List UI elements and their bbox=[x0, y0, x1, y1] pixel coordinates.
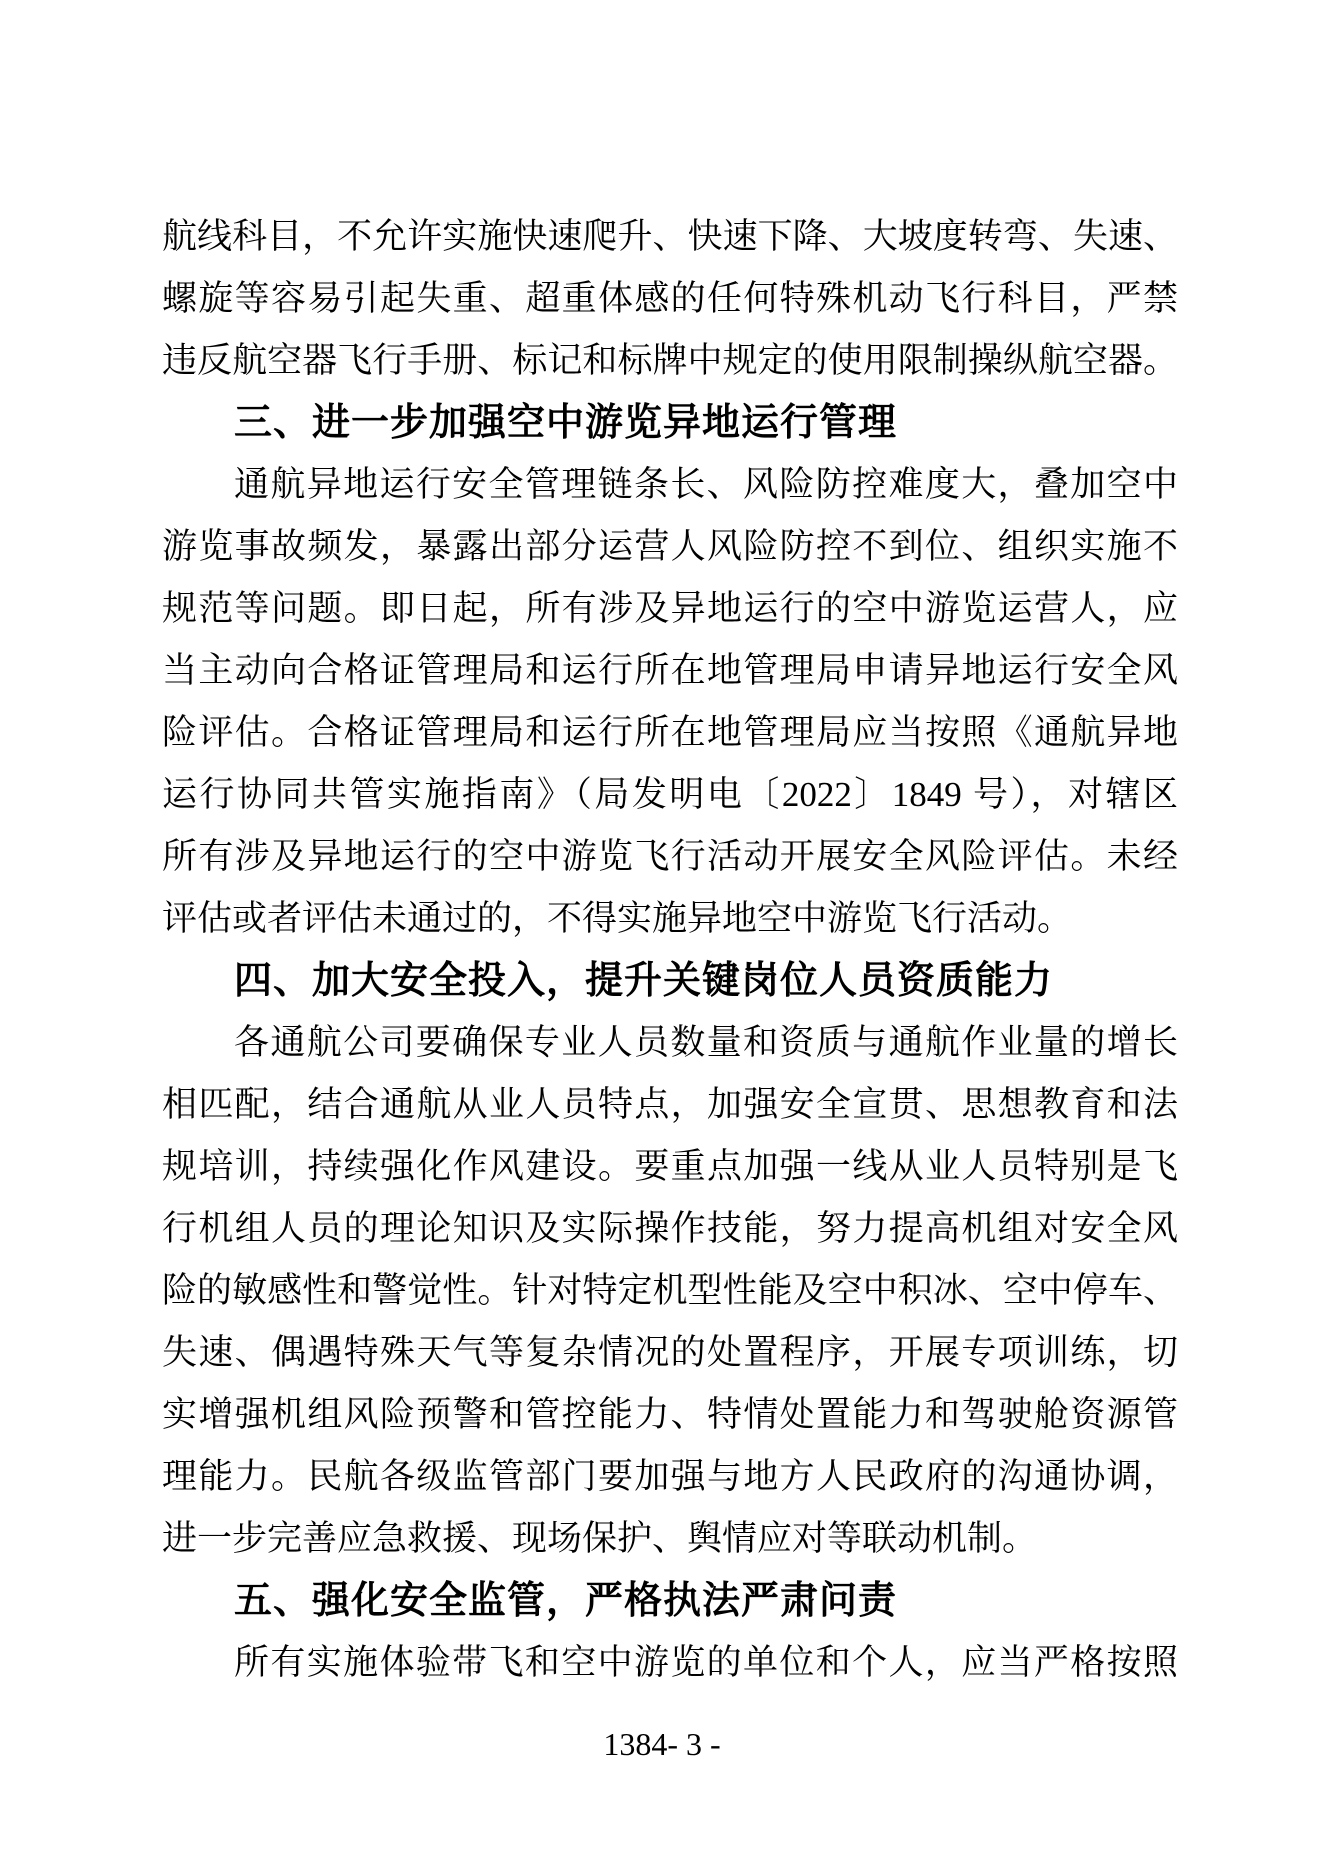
text-line: 游览事故频发，暴露出部分运营人风险防控不到位、组织实施不 bbox=[162, 516, 1178, 578]
text-line: 所有实施体验带飞和空中游览的单位和个人，应当严格按照 bbox=[162, 1632, 1178, 1694]
text-line: 违反航空器飞行手册、标记和标牌中规定的使用限制操纵航空器。 bbox=[162, 330, 1178, 392]
text-line: 螺旋等容易引起失重、超重体感的任何特殊机动飞行科目，严禁 bbox=[162, 268, 1178, 330]
section-heading-3: 三、进一步加强空中游览异地运行管理 bbox=[162, 392, 1178, 454]
text-line: 险的敏感性和警觉性。针对特定机型性能及空中积冰、空中停车、 bbox=[162, 1260, 1178, 1322]
section-heading-5: 五、强化安全监管，严格执法严肃问责 bbox=[162, 1570, 1178, 1632]
text-line: 航线科目，不允许实施快速爬升、快速下降、大坡度转弯、失速、 bbox=[162, 206, 1178, 268]
text-line: 规范等问题。即日起，所有涉及异地运行的空中游览运营人，应 bbox=[162, 578, 1178, 640]
text-line: 运行协同共管实施指南》（局发明电〔2022〕1849 号），对辖区 bbox=[162, 764, 1178, 826]
text-line: 当主动向合格证管理局和运行所在地管理局申请异地运行安全风 bbox=[162, 640, 1178, 702]
document-page: 航线科目，不允许实施快速爬升、快速下降、大坡度转弯、失速、 螺旋等容易引起失重、… bbox=[0, 0, 1324, 1872]
text-line: 实增强机组风险预警和管控能力、特情处置能力和驾驶舱资源管 bbox=[162, 1384, 1178, 1446]
text-line: 评估或者评估未通过的，不得实施异地空中游览飞行活动。 bbox=[162, 888, 1178, 950]
text-line: 险评估。合格证管理局和运行所在地管理局应当按照《通航异地 bbox=[162, 702, 1178, 764]
text-line: 所有涉及异地运行的空中游览飞行活动开展安全风险评估。未经 bbox=[162, 826, 1178, 888]
text-line: 相匹配，结合通航从业人员特点，加强安全宣贯、思想教育和法 bbox=[162, 1074, 1178, 1136]
document-body: 航线科目，不允许实施快速爬升、快速下降、大坡度转弯、失速、 螺旋等容易引起失重、… bbox=[162, 206, 1178, 1694]
text-line: 进一步完善应急救援、现场保护、舆情应对等联动机制。 bbox=[162, 1508, 1178, 1570]
text-line: 失速、偶遇特殊天气等复杂情况的处置程序，开展专项训练，切 bbox=[162, 1322, 1178, 1384]
text-line: 行机组人员的理论知识及实际操作技能，努力提高机组对安全风 bbox=[162, 1198, 1178, 1260]
text-line: 理能力。民航各级监管部门要加强与地方人民政府的沟通协调， bbox=[162, 1446, 1178, 1508]
text-line: 各通航公司要确保专业人员数量和资质与通航作业量的增长 bbox=[162, 1012, 1178, 1074]
section-heading-4: 四、加大安全投入，提升关键岗位人员资质能力 bbox=[162, 950, 1178, 1012]
text-line: 通航异地运行安全管理链条长、风险防控难度大，叠加空中 bbox=[162, 454, 1178, 516]
text-line: 规培训，持续强化作风建设。要重点加强一线从业人员特别是飞 bbox=[162, 1136, 1178, 1198]
page-number: 1384- 3 - bbox=[0, 1722, 1324, 1766]
